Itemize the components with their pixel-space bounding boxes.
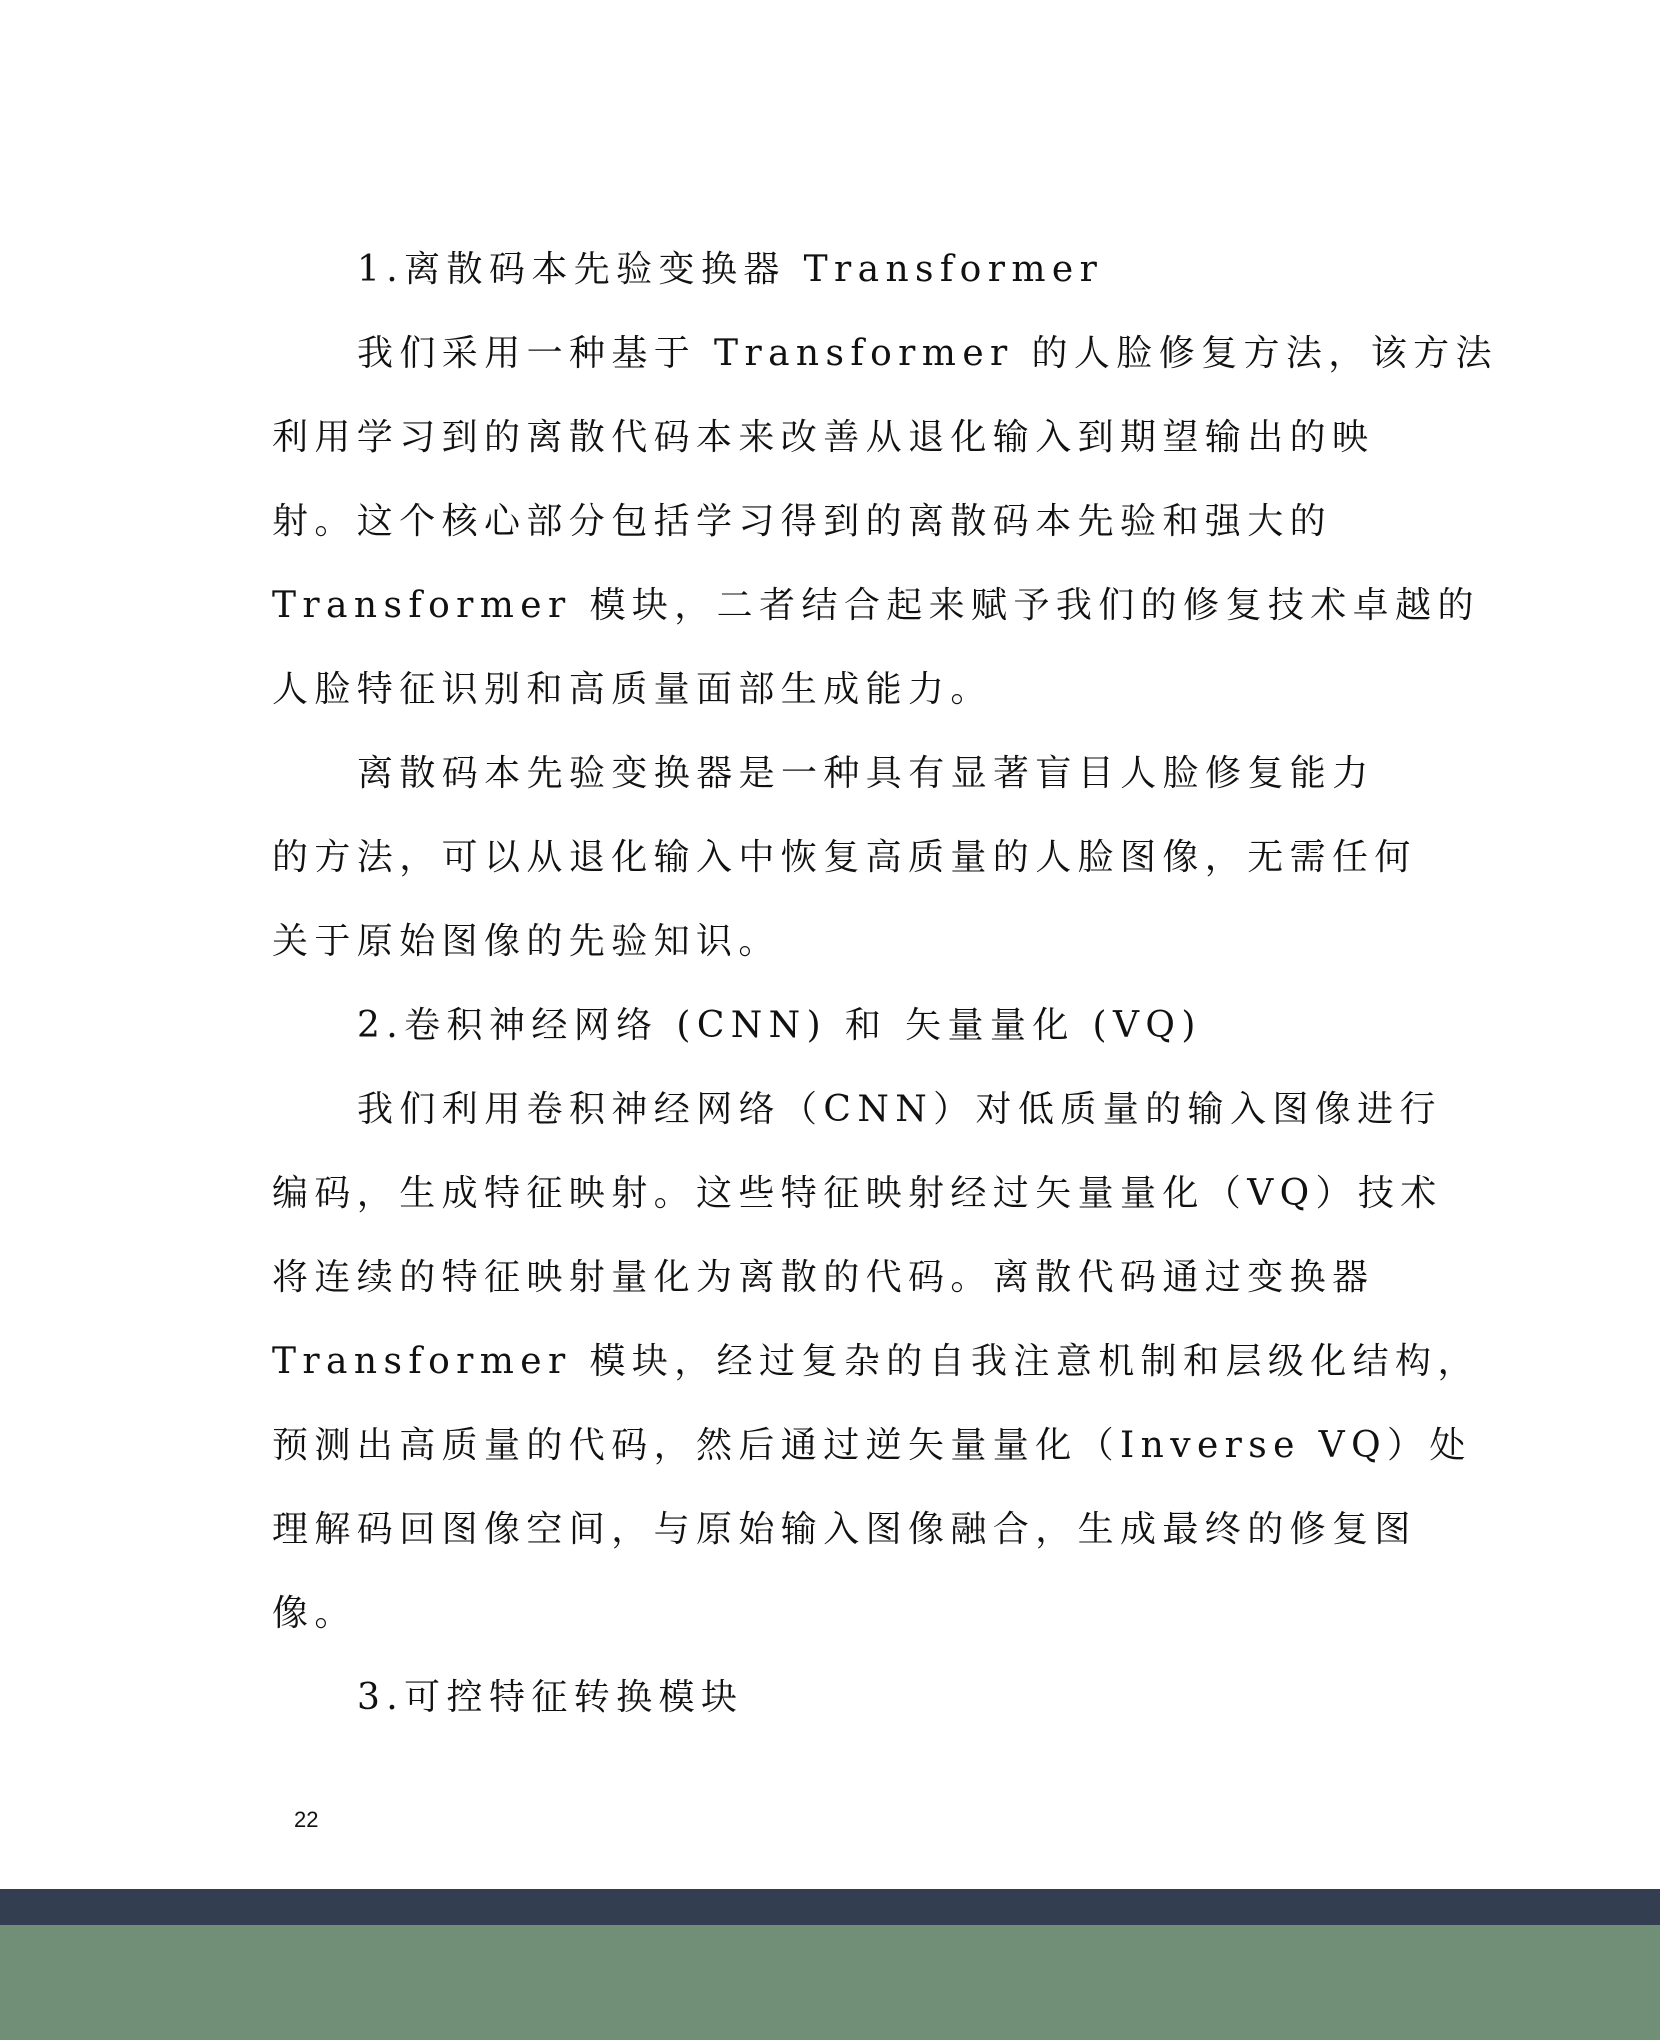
paragraph-line: 人脸特征识别和高质量面部生成能力。 [272,658,1390,742]
paragraph-line: Transformer 模块，经过复杂的自我注意机制和层级化结构， [272,1330,1390,1414]
paragraph-line: 利用学习到的离散代码本来改善从退化输入到期望输出的映 [272,406,1390,490]
paragraph-line: 理解码回图像空间，与原始输入图像融合，生成最终的修复图 [272,1498,1390,1582]
footer-band-green [0,1925,1660,2040]
paragraph-line: 将连续的特征映射量化为离散的代码。离散代码通过变换器 [272,1246,1390,1330]
paragraph-line: 射。这个核心部分包括学习得到的离散码本先验和强大的 [272,490,1390,574]
paragraph-line: 预测出高质量的代码，然后通过逆矢量量化（Inverse VQ）处 [272,1414,1390,1498]
paragraph-line: 编码，生成特征映射。这些特征映射经过矢量量化（VQ）技术 [272,1162,1390,1246]
paragraph-line: 我们利用卷积神经网络（CNN）对低质量的输入图像进行 [272,1078,1390,1162]
footer-band-dark [0,1889,1660,1925]
section-heading-1: 1.离散码本先验变换器 Transformer [272,238,1390,322]
paragraph-line: 我们采用一种基于 Transformer 的人脸修复方法，该方法 [272,322,1390,406]
paragraph-line: 离散码本先验变换器是一种具有显著盲目人脸修复能力 [272,742,1390,826]
paragraph-line: 关于原始图像的先验知识。 [272,910,1390,994]
paragraph-line: 像。 [272,1582,1390,1666]
section-heading-2: 2.卷积神经网络 (CNN) 和 矢量量化 (VQ) [272,994,1390,1078]
paragraph-line: Transformer 模块，二者结合起来赋予我们的修复技术卓越的 [272,574,1390,658]
page-number: 22 [294,1807,318,1833]
paragraph-line: 的方法，可以从退化输入中恢复高质量的人脸图像，无需任何 [272,826,1390,910]
document-body: 1.离散码本先验变换器 Transformer 我们采用一种基于 Transfo… [272,238,1390,1750]
section-heading-3: 3.可控特征转换模块 [272,1666,1390,1750]
